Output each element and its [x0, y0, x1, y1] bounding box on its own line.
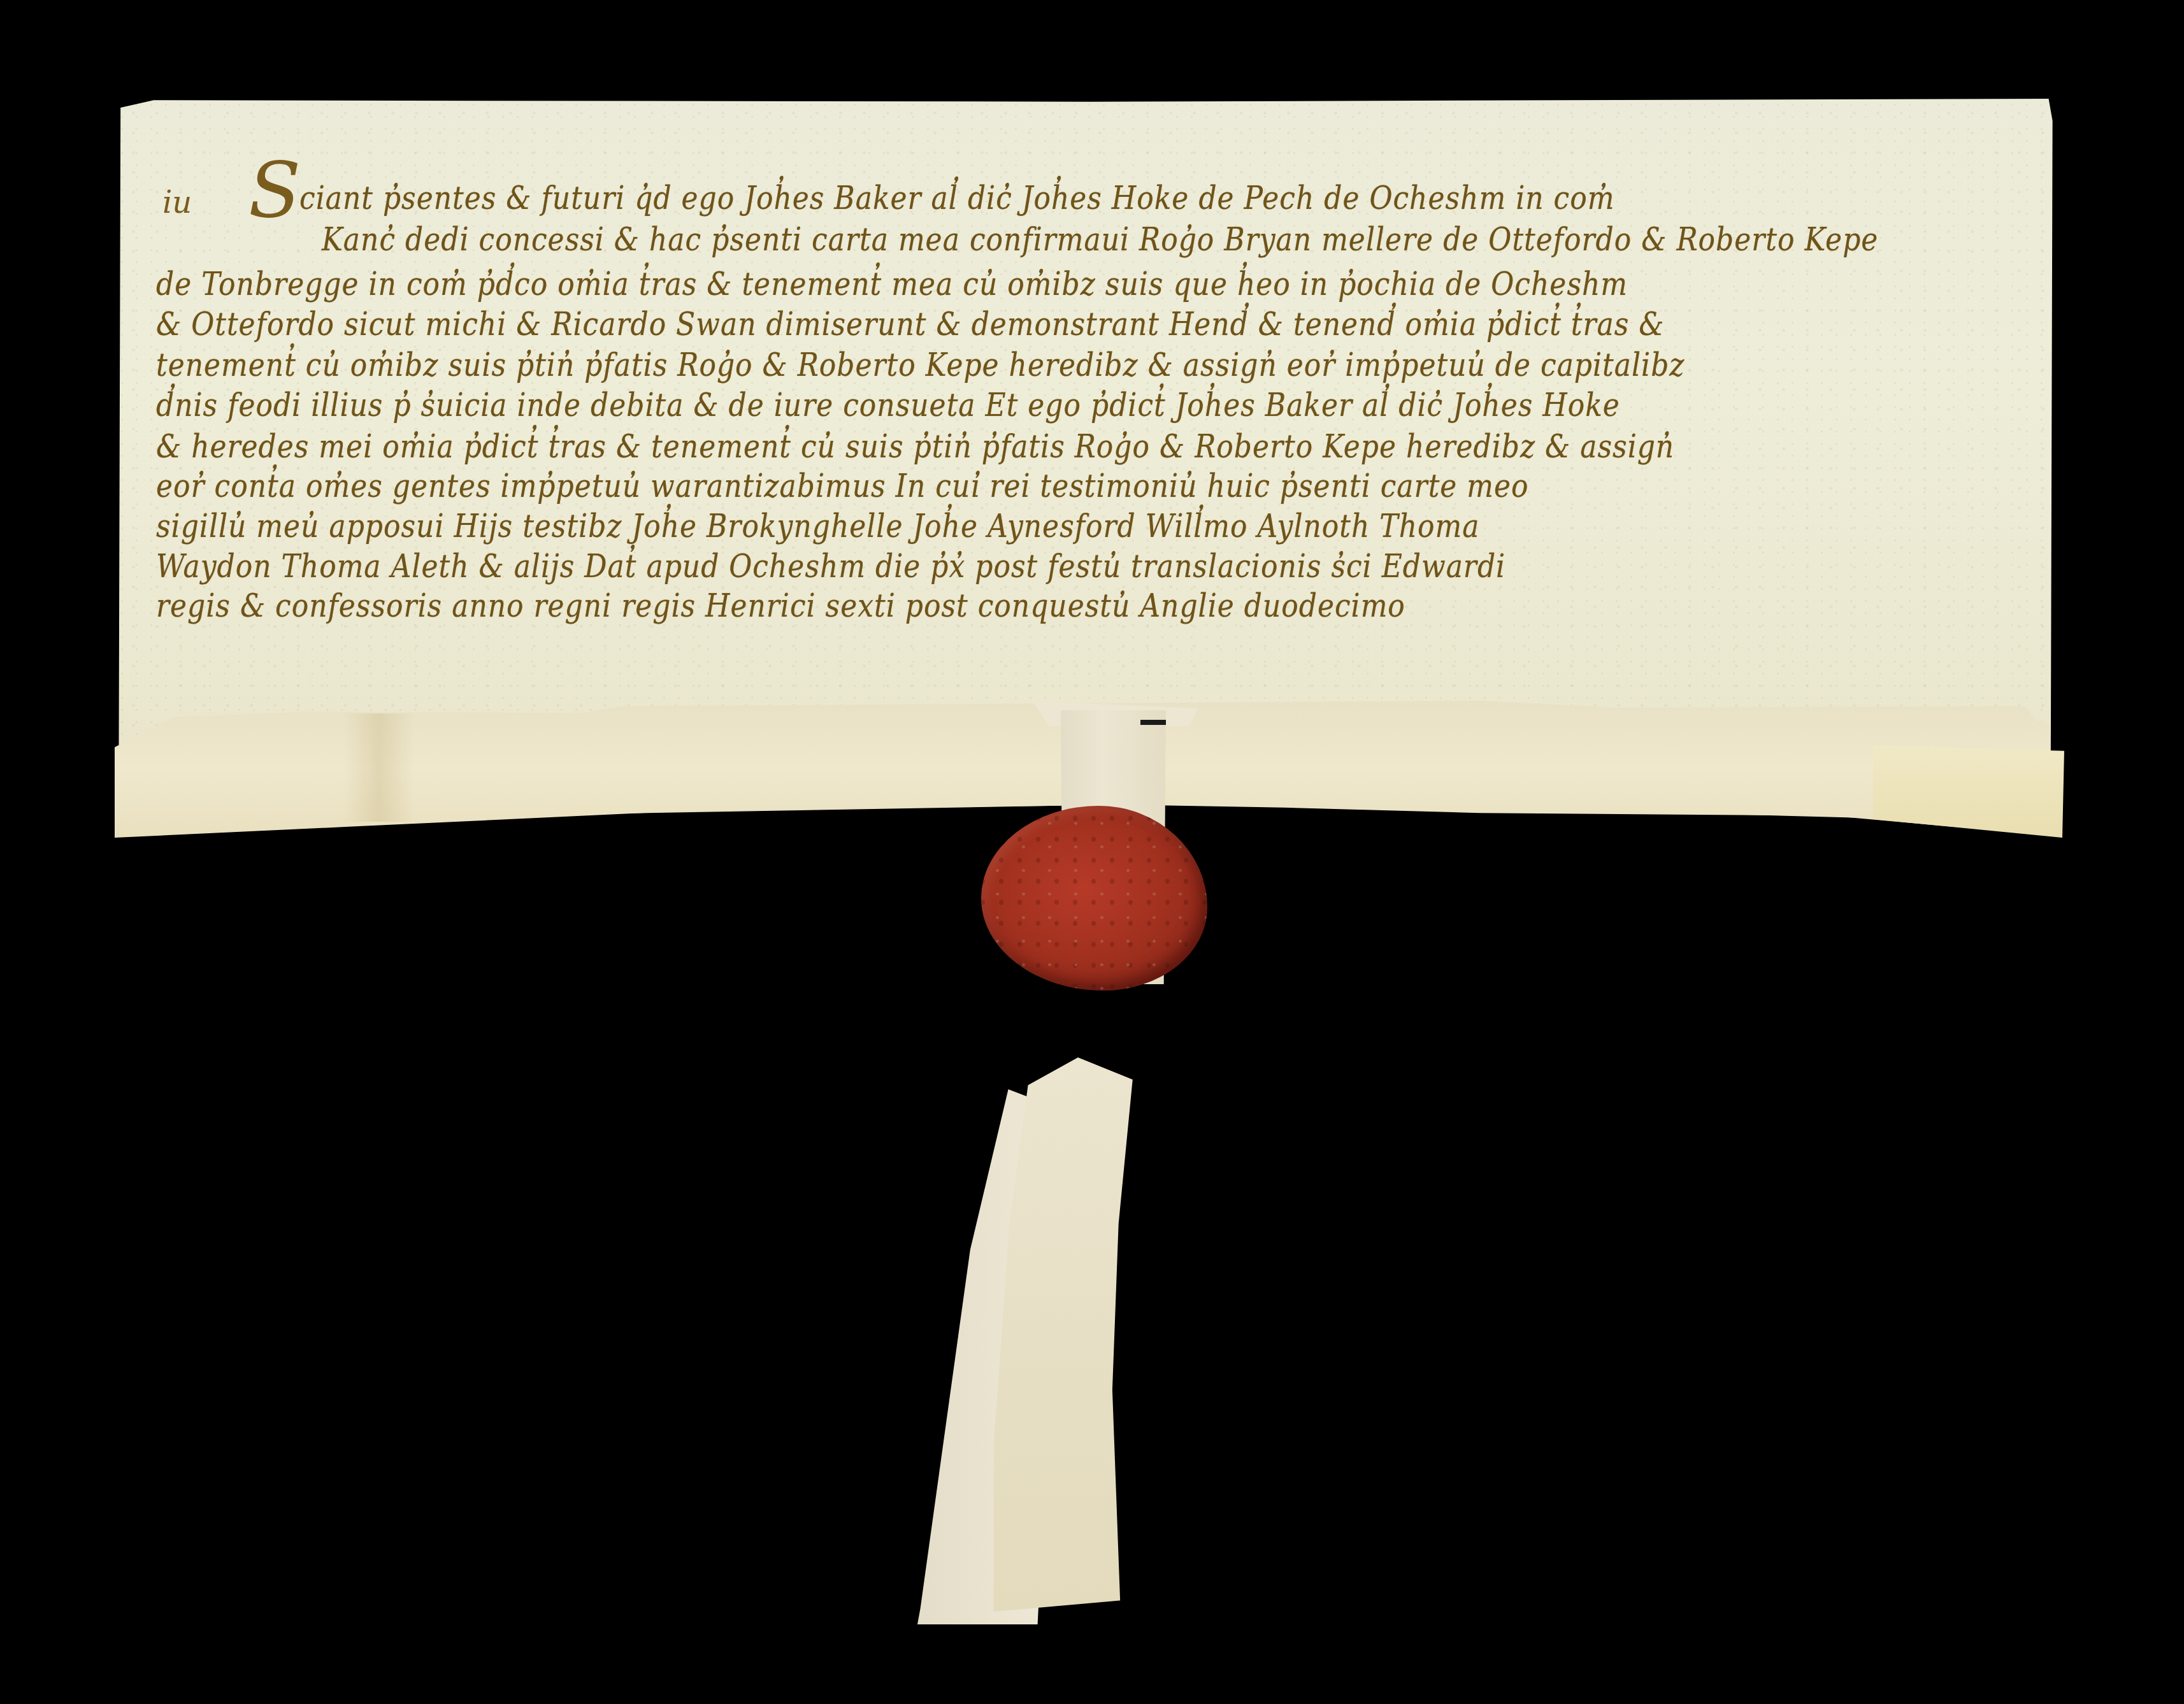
text-line-7: & heredes mei om̓ia p̓dict̓ t̓ras & tene…	[156, 428, 1674, 466]
text-line-10: Waydon Thoma Aleth & alijs Dat̓ apud Och…	[156, 548, 1505, 585]
text-line-8: eor̓ cont̓a om̓es gentes imp̓petuu̓ wara…	[156, 468, 1529, 505]
text-line-5: tenement̓ cu̓ om̓ibz suis p̓tin̓ p̓fatis…	[156, 347, 1685, 384]
decorated-initial: S	[248, 147, 301, 235]
seal-tag-slit	[1140, 720, 1166, 725]
text-line-2: Kanc̓ dedi concessi & hac p̓senti carta …	[322, 221, 1878, 259]
text-line-4: & Ottefordo sicut michi & Ricardo Swan d…	[156, 306, 1665, 343]
margin-note: iu	[162, 185, 192, 220]
text-line-3: de Tonbregge in com̓ p̓d̓co om̓ia t̓ras …	[156, 266, 1628, 303]
text-line-6: d̓nis feodi illius p̓ s̓uicia inde debit…	[156, 387, 1620, 424]
text-line-9: sigillu̓ meu̓ apposui Hijs testibz Joh̓e…	[156, 508, 1479, 545]
photo-stage: iu S ciant p̓sentes & futuri q̓d ego Joh…	[0, 0, 2184, 1704]
text-line-11: regis & confessoris anno regni regis Hen…	[156, 587, 1405, 625]
text-line-1: ciant p̓sentes & futuri q̓d ego Joh̓es B…	[299, 180, 1614, 217]
